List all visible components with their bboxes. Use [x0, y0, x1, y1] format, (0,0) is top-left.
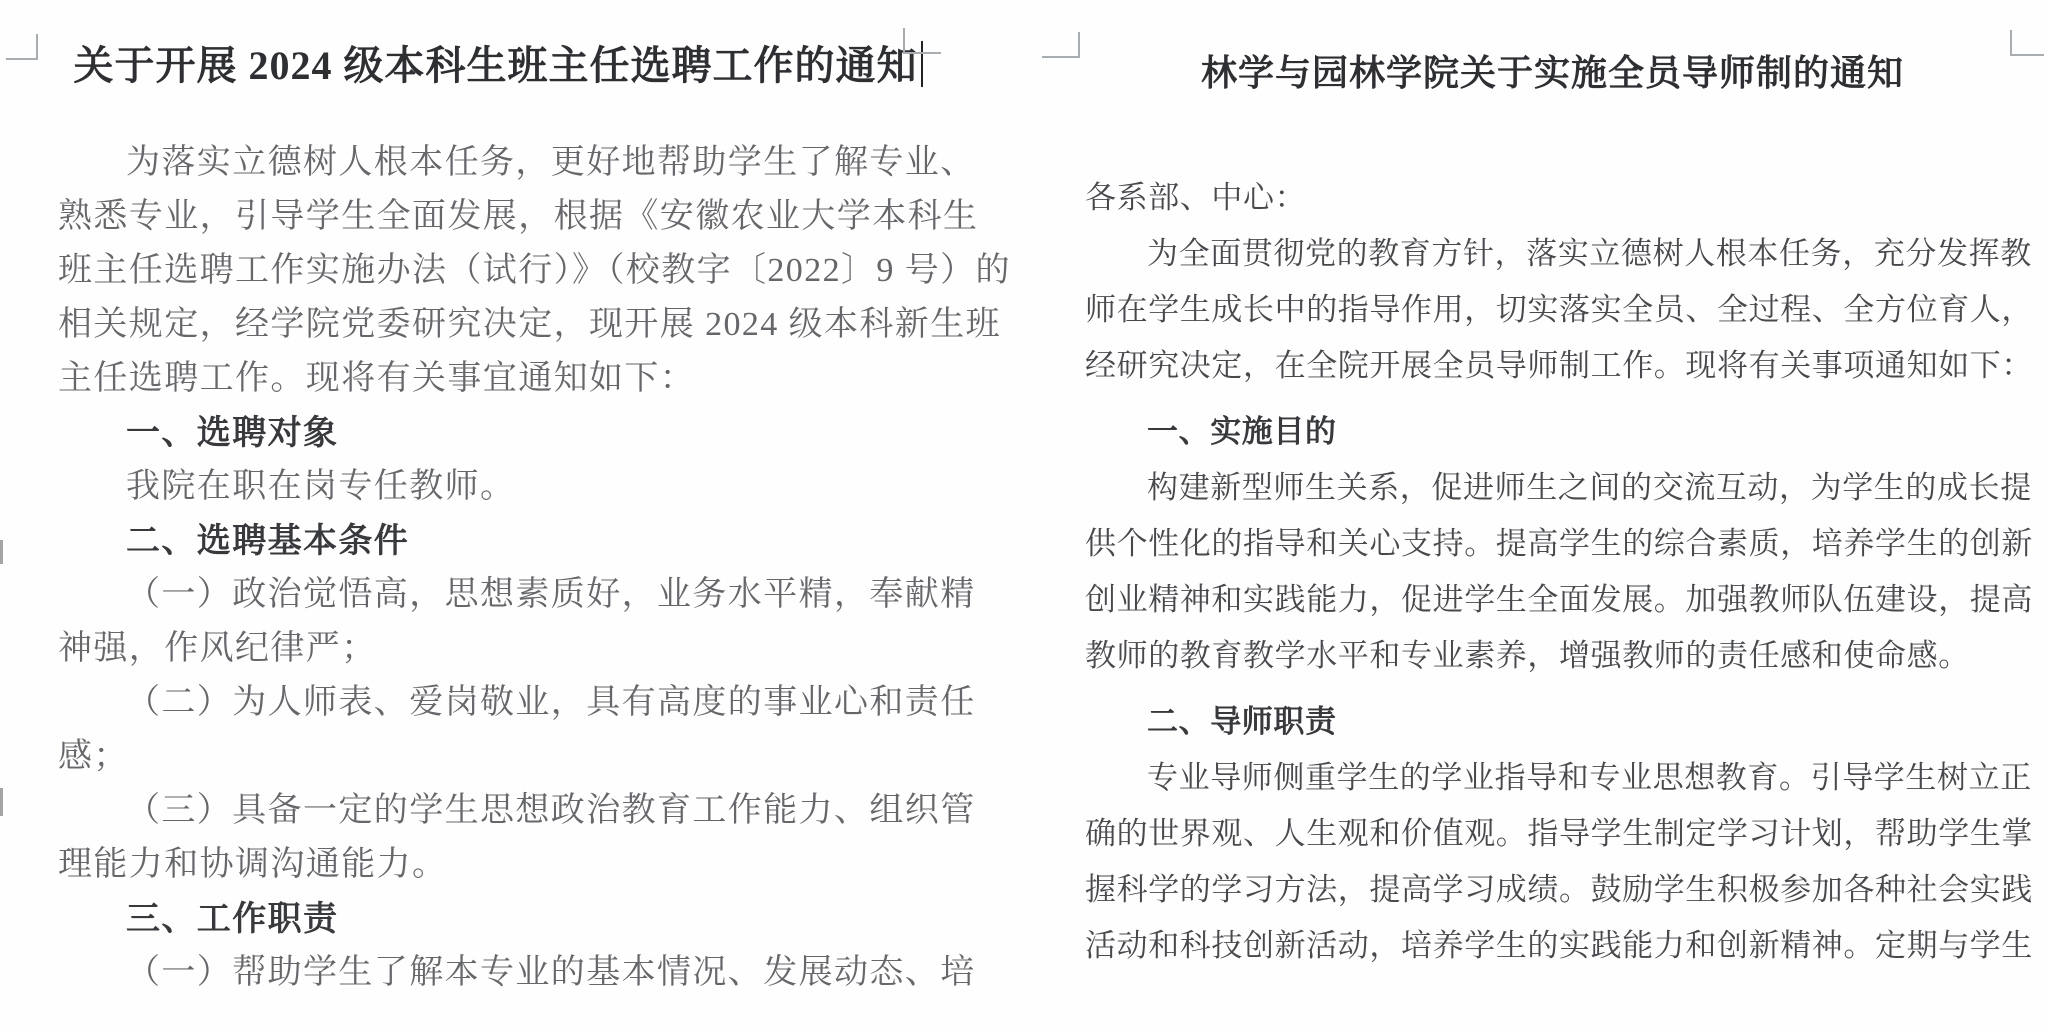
- text-line[interactable]: 熟悉专业，引导学生全面发展，根据《安徽农业大学本科生: [58, 190, 940, 244]
- text-boundary-mark-right-page-topleft: [1042, 32, 1080, 58]
- text-line[interactable]: （三）具备一定的学生思想政治教育工作能力、组织管: [58, 784, 940, 838]
- section-heading[interactable]: 二、导师职责: [1085, 694, 2020, 750]
- document-body-right[interactable]: 各系部、中心：为全面贯彻党的教育方针，落实立德树人根本任务，充分发挥教师在学生成…: [1085, 170, 2020, 974]
- text-boundary-mark-left-page-topright: [903, 28, 941, 54]
- text-line[interactable]: 创业精神和实践能力，促进学生全面发展。加强教师队伍建设，提高: [1085, 572, 2020, 628]
- text-line[interactable]: 主任选聘工作。现将有关事宜通知如下：: [58, 352, 940, 406]
- document-body-left[interactable]: 为落实立德树人根本任务，更好地帮助学生了解专业、熟悉专业，引导学生全面发展，根据…: [58, 136, 940, 1000]
- text-line[interactable]: （一）政治觉悟高，思想素质好，业务水平精，奉献精: [58, 568, 940, 622]
- text-line[interactable]: 相关规定，经学院党委研究决定，现开展 2024 级本科新生班: [58, 298, 940, 352]
- text-line[interactable]: 各系部、中心：: [1085, 170, 2020, 226]
- text-boundary-mark-left-page-topleft: [6, 34, 38, 60]
- text-line[interactable]: 为落实立德树人根本任务，更好地帮助学生了解专业、: [58, 136, 940, 190]
- text-line[interactable]: 教师的教育教学水平和专业素养，增强教师的责任感和使命感。: [1085, 628, 2020, 684]
- notice-page-right[interactable]: 林学与园林学院关于实施全员导师制的通知 各系部、中心：为全面贯彻党的教育方针，落…: [1005, 0, 2048, 1032]
- text-line[interactable]: 我院在职在岗专任教师。: [58, 460, 940, 514]
- text-boundary-mark-right-page-topright: [2010, 30, 2044, 56]
- document-title-left-text: 关于开展 2024 级本科生班主任选聘工作的通知: [74, 43, 918, 88]
- scan-artifact: [0, 540, 3, 564]
- text-line[interactable]: 构建新型师生关系，促进师生之间的交流互动，为学生的成长提: [1085, 460, 2020, 516]
- scanned-notices-view: 关于开展 2024 级本科生班主任选聘工作的通知 为落实立德树人根本任务，更好地…: [0, 0, 2048, 1032]
- text-line[interactable]: 握科学的学习方法，提高学习成绩。鼓励学生积极参加各种社会实践: [1085, 862, 2020, 918]
- text-line[interactable]: （一）帮助学生了解本专业的基本情况、发展动态、培: [58, 946, 940, 1000]
- text-line[interactable]: 专业导师侧重学生的学业指导和专业思想教育。引导学生树立正: [1085, 750, 2020, 806]
- text-line[interactable]: 确的世界观、人生观和价值观。指导学生制定学习计划，帮助学生掌: [1085, 806, 2020, 862]
- document-title-right-text: 林学与园林学院关于实施全员导师制的通知: [1201, 53, 1904, 93]
- scan-artifact: [0, 788, 3, 816]
- text-line[interactable]: 供个性化的指导和关心支持。提高学生的综合素质，培养学生的创新: [1085, 516, 2020, 572]
- section-heading[interactable]: 一、实施目的: [1085, 404, 2020, 460]
- section-heading[interactable]: 二、选聘基本条件: [58, 514, 940, 568]
- text-line[interactable]: 师在学生成长中的指导作用，切实落实全员、全过程、全方位育人，: [1085, 282, 2020, 338]
- text-line[interactable]: 感；: [58, 730, 940, 784]
- section-heading[interactable]: 一、选聘对象: [58, 406, 940, 460]
- text-line[interactable]: 活动和科技创新活动，培养学生的实践能力和创新精神。定期与学生: [1085, 918, 2020, 974]
- notice-page-left[interactable]: 关于开展 2024 级本科生班主任选聘工作的通知 为落实立德树人根本任务，更好地…: [0, 0, 1005, 1032]
- text-line[interactable]: 班主任选聘工作实施办法（试行）》（校教字〔2022〕9 号）的: [58, 244, 940, 298]
- text-line[interactable]: （二）为人师表、爱岗敬业，具有高度的事业心和责任: [58, 676, 940, 730]
- section-heading[interactable]: 三、工作职责: [58, 892, 940, 946]
- document-title-left[interactable]: 关于开展 2024 级本科生班主任选聘工作的通知: [58, 40, 938, 92]
- text-line[interactable]: 神强，作风纪律严；: [58, 622, 940, 676]
- document-title-right[interactable]: 林学与园林学院关于实施全员导师制的通知: [1085, 50, 2020, 96]
- text-line[interactable]: 为全面贯彻党的教育方针，落实立德树人根本任务，充分发挥教: [1085, 226, 2020, 282]
- text-line[interactable]: 理能力和协调沟通能力。: [58, 838, 940, 892]
- text-line[interactable]: 经研究决定，在全院开展全员导师制工作。现将有关事项通知如下：: [1085, 338, 2020, 394]
